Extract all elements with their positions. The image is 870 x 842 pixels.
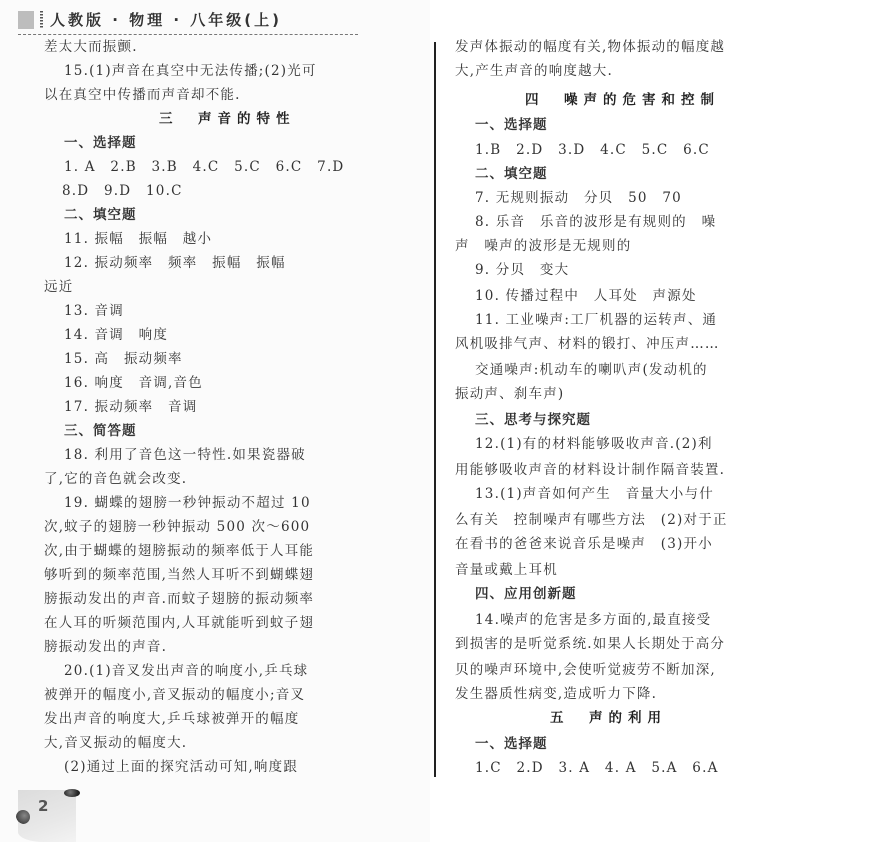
text-line: 贝的噪声环境中,会使听觉疲劳不断加深, xyxy=(455,661,716,679)
text-line: 发声体振动的幅度有关,物体振动的幅度越 xyxy=(455,38,725,56)
text-line: 远近 xyxy=(44,278,73,296)
text-line: 音量或戴上耳机 xyxy=(455,561,558,579)
text-line: 振动声、刹车声) xyxy=(455,385,564,403)
text-line: 了,它的音色就会改变. xyxy=(44,470,187,488)
answer-line: 10. 传播过程中 人耳处 声源处 xyxy=(455,287,697,305)
answer-line: 14.噪声的危害是多方面的,最直接受 xyxy=(455,611,711,629)
answer-line: 18. 利用了音色这一特性.如果瓷器破 xyxy=(44,446,306,464)
sub-heading: 二、填空题 xyxy=(455,165,548,183)
text-line: 发出声音的响度大,乒乓球被弹开的幅度 xyxy=(44,710,299,728)
answer-line: 1.C 2.D 3. A 4. A 5.A 6.A xyxy=(455,759,719,777)
text-line: 大,产生声音的响度越大. xyxy=(455,62,613,80)
section-title: 四 噪声的危害和控制 xyxy=(525,91,720,109)
text-line: 次,蚊子的翅膀一秒钟振动 500 次～600 xyxy=(44,518,310,536)
answer-line: 13.(1)声音如何产生 音量大小与什 xyxy=(455,485,714,503)
answer-line: 15. 高 振动频率 xyxy=(44,350,183,368)
sub-heading: 三、简答题 xyxy=(44,422,137,440)
column-divider xyxy=(434,42,436,777)
text-line: 次,由于蝴蝶的翅膀振动的频率低于人耳能 xyxy=(44,542,314,560)
answer-line: 15.(1)声音在真空中无法传播;(2)光可 xyxy=(44,62,317,80)
answer-line: 8.D 9.D 10.C xyxy=(62,182,183,200)
sub-heading: 一、选择题 xyxy=(455,735,548,753)
text-line: 够听到的频率范围,当然人耳听不到蝴蝶翅 xyxy=(44,566,314,584)
sub-heading: 一、选择题 xyxy=(44,134,137,152)
text-line: 在人耳的听频范围内,人耳就能听到蚊子翅 xyxy=(44,614,314,632)
answer-line: 12. 振动频率 频率 振幅 振幅 xyxy=(44,254,286,272)
answer-line: 交通噪声:机动车的喇叭声(发动机的 xyxy=(455,361,708,379)
text-line: 大,音叉振动的幅度大. xyxy=(44,734,187,752)
answer-line: 11. 振幅 振幅 越小 xyxy=(44,230,212,248)
answer-line: 20.(1)音叉发出声音的响度小,乒乓球 xyxy=(44,662,308,680)
answer-line: 8. 乐音 乐音的波形是有规则的 噪 xyxy=(455,213,716,231)
answer-line: 14. 音调 响度 xyxy=(44,326,168,344)
answer-line: 12.(1)有的材料能够吸收声音.(2)利 xyxy=(455,435,713,453)
answer-line: 11. 工业噪声:工厂机器的运转声、通 xyxy=(455,311,717,329)
text-line: 以在真空中传播而声音却不能. xyxy=(44,86,241,104)
section-title: 三 声音的特性 xyxy=(159,110,296,128)
answer-line: 1. A 2.B 3.B 4.C 5.C 6.C 7.D xyxy=(44,158,344,176)
text-line: 么有关 控制噪声有哪些方法 (2)对于正 xyxy=(455,511,728,529)
page-curl-icon xyxy=(64,789,80,797)
answer-line: 19. 蝴蝶的翅膀一秒钟振动不超过 10 xyxy=(44,494,311,512)
answer-line: 1.B 2.D 3.D 4.C 5.C 6.C xyxy=(455,141,710,159)
sub-heading: 二、填空题 xyxy=(44,206,137,224)
section-title: 五 声的利用 xyxy=(550,709,667,727)
sub-heading: 三、思考与探究题 xyxy=(455,411,591,429)
page-header: 人教版 · 物理 · 八年级(上) xyxy=(18,4,358,34)
answer-line: 16. 响度 音调,音色 xyxy=(44,374,203,392)
text-line: 发生器质性病变,造成听力下降. xyxy=(455,685,657,703)
answer-line: 17. 振动频率 音调 xyxy=(44,398,197,416)
text-line: 膀振动发出的声音. xyxy=(44,638,167,656)
page-curl-shadow-icon xyxy=(16,810,30,824)
text-line: 被弹开的幅度小,音叉振动的幅度小;音叉 xyxy=(44,686,305,704)
answer-line: (2)通过上面的探究活动可知,响度跟 xyxy=(44,758,298,776)
text-line: 到损害的是听觉系统.如果人长期处于高分 xyxy=(455,635,725,653)
answer-line: 7. 无规则振动 分贝 50 70 xyxy=(455,189,682,207)
text-line: 风机吸排气声、材料的锻打、冲压声…… xyxy=(455,335,720,353)
header-dashed-rule xyxy=(18,34,358,35)
header-square-icon xyxy=(18,11,34,29)
answer-line: 13. 音调 xyxy=(44,302,124,320)
text-line: 差太大而振颤. xyxy=(44,38,138,56)
book-title: 人教版 · 物理 · 八年级(上) xyxy=(50,9,282,30)
text-line: 膀振动发出的声音.而蚊子翅膀的振动频率 xyxy=(44,590,314,608)
text-line: 在看书的爸爸来说音乐是噪声 (3)开小 xyxy=(455,535,713,553)
sub-heading: 四、应用创新题 xyxy=(455,585,577,603)
text-line: 声 噪声的波形是无规则的 xyxy=(455,237,631,255)
text-line: 用能够吸收声音的材料设计制作隔音装置. xyxy=(455,461,725,479)
answer-line: 9. 分贝 变大 xyxy=(455,261,569,279)
page-number: 2 xyxy=(38,797,48,815)
header-dotted-bar-icon xyxy=(40,11,43,29)
sub-heading: 一、选择题 xyxy=(455,116,548,134)
